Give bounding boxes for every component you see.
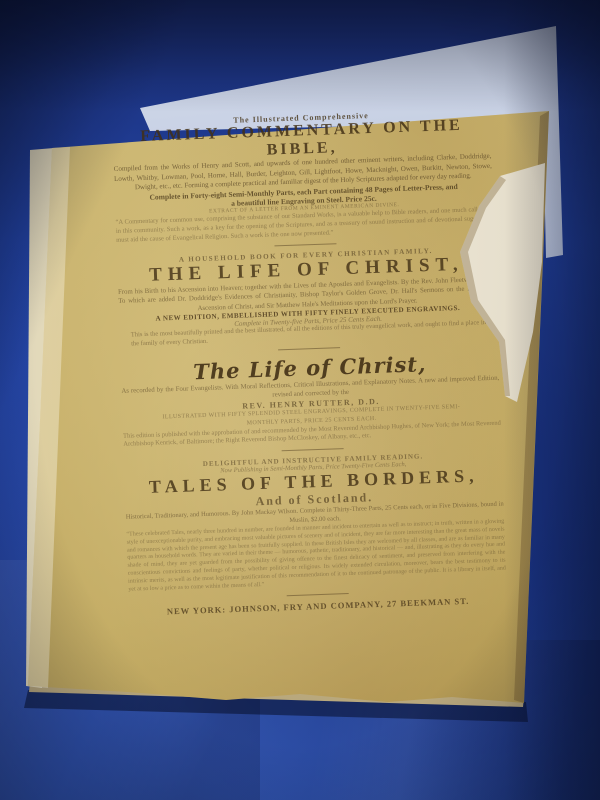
section-divider — [282, 448, 344, 451]
photo-of-antique-book-back-cover: The Illustrated Comprehensive FAMILY COM… — [0, 0, 600, 800]
section-divider — [274, 243, 336, 246]
section-divider — [287, 593, 349, 596]
printed-advertisement-block: The Illustrated Comprehensive FAMILY COM… — [112, 107, 507, 618]
section-divider — [278, 347, 340, 350]
ad4-body: “These celebrated Tales, nearly three hu… — [126, 518, 506, 594]
